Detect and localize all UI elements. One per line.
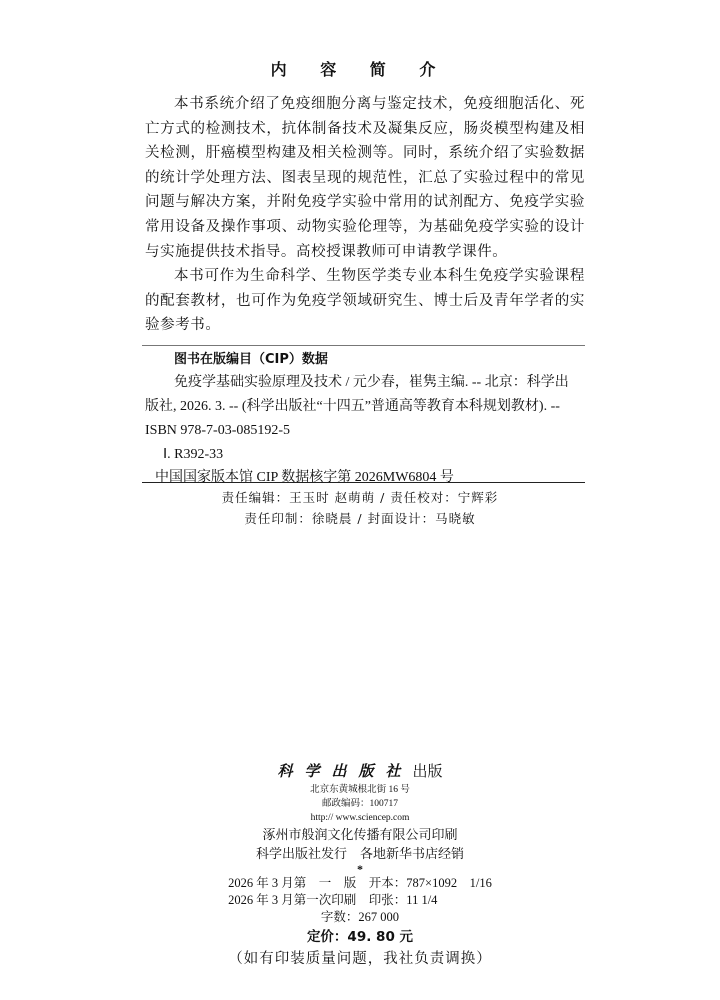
- publisher-calligraphy: 科学出版社: [277, 762, 412, 780]
- credits-editors: 责任编辑：王玉时 赵萌萌 / 责任校对：宁辉彩: [0, 487, 720, 508]
- publisher-section: 科学出版社出版 北京东黄城根北街 16 号 邮政编码：100717 http:/…: [0, 760, 720, 970]
- publisher-url: http:// www.sciencep.com: [0, 811, 720, 825]
- credits-production: 责任印制：徐晓晨 / 封面设计：马晓敏: [0, 508, 720, 529]
- spec-block: 2026 年 3 月第 一 版 开本：787×1092 1/16 2026 年 …: [0, 875, 720, 909]
- intro-paragraph: 本书可作为生命科学、生物医学类专业本科生免疫学实验课程的配套教材，也可作为免疫学…: [145, 264, 585, 338]
- cip-line: 免疫学基础实验原理及技术 / 元少春，崔隽主编. -- 北京：科学出: [145, 371, 585, 395]
- intro-section: 本书系统介绍了免疫细胞分离与鉴定技术，免疫细胞活化、死亡方式的检测技术，抗体制备…: [145, 92, 585, 338]
- separator-star: *: [0, 863, 720, 875]
- intro-paragraph: 本书系统介绍了免疫细胞分离与鉴定技术，免疫细胞活化、死亡方式的检测技术，抗体制备…: [145, 92, 585, 264]
- page-title: 内 容 简 介: [0, 57, 720, 80]
- cip-verification: 中国国家版本馆 CIP 数据核字第 2026MW6804 号: [145, 467, 585, 489]
- cip-classification: Ⅰ. R392-33: [145, 443, 585, 467]
- credits-section: 责任编辑：王玉时 赵萌萌 / 责任校对：宁辉彩 责任印制：徐晓晨 / 封面设计：…: [0, 487, 720, 529]
- publisher-postcode: 邮政编码：100717: [0, 797, 720, 811]
- cip-body: 免疫学基础实验原理及技术 / 元少春，崔隽主编. -- 北京：科学出 版社, 2…: [145, 371, 585, 489]
- price: 定价：49. 80 元: [0, 926, 720, 948]
- quality-notice: （如有印装质量问题，我社负责调换）: [0, 948, 720, 970]
- printer: 涿州市般润文化传播有限公司印刷: [0, 825, 720, 844]
- divider-bottom: [142, 482, 585, 483]
- printing-line: 2026 年 3 月第一次印刷 印张：11 1/4: [228, 892, 492, 909]
- publisher-name: 科学出版社出版: [0, 760, 720, 783]
- divider-top: [142, 345, 585, 346]
- cip-line: 版社, 2026. 3. -- (科学出版社“十四五”普通高等教育本科规划教材)…: [145, 395, 585, 419]
- publisher-suffix: 出版: [413, 764, 443, 780]
- distribution: 科学出版社发行 各地新华书店经销: [0, 844, 720, 863]
- cip-section: 图书在版编目（CIP）数据 免疫学基础实验原理及技术 / 元少春，崔隽主编. -…: [145, 349, 585, 489]
- publisher-address: 北京东黄城根北街 16 号: [0, 783, 720, 797]
- cip-isbn: ISBN 978-7-03-085192-5: [145, 419, 585, 443]
- cip-heading: 图书在版编目（CIP）数据: [145, 349, 585, 371]
- word-count: 字数：267 000: [0, 909, 720, 926]
- edition-line: 2026 年 3 月第 一 版 开本：787×1092 1/16: [228, 875, 492, 892]
